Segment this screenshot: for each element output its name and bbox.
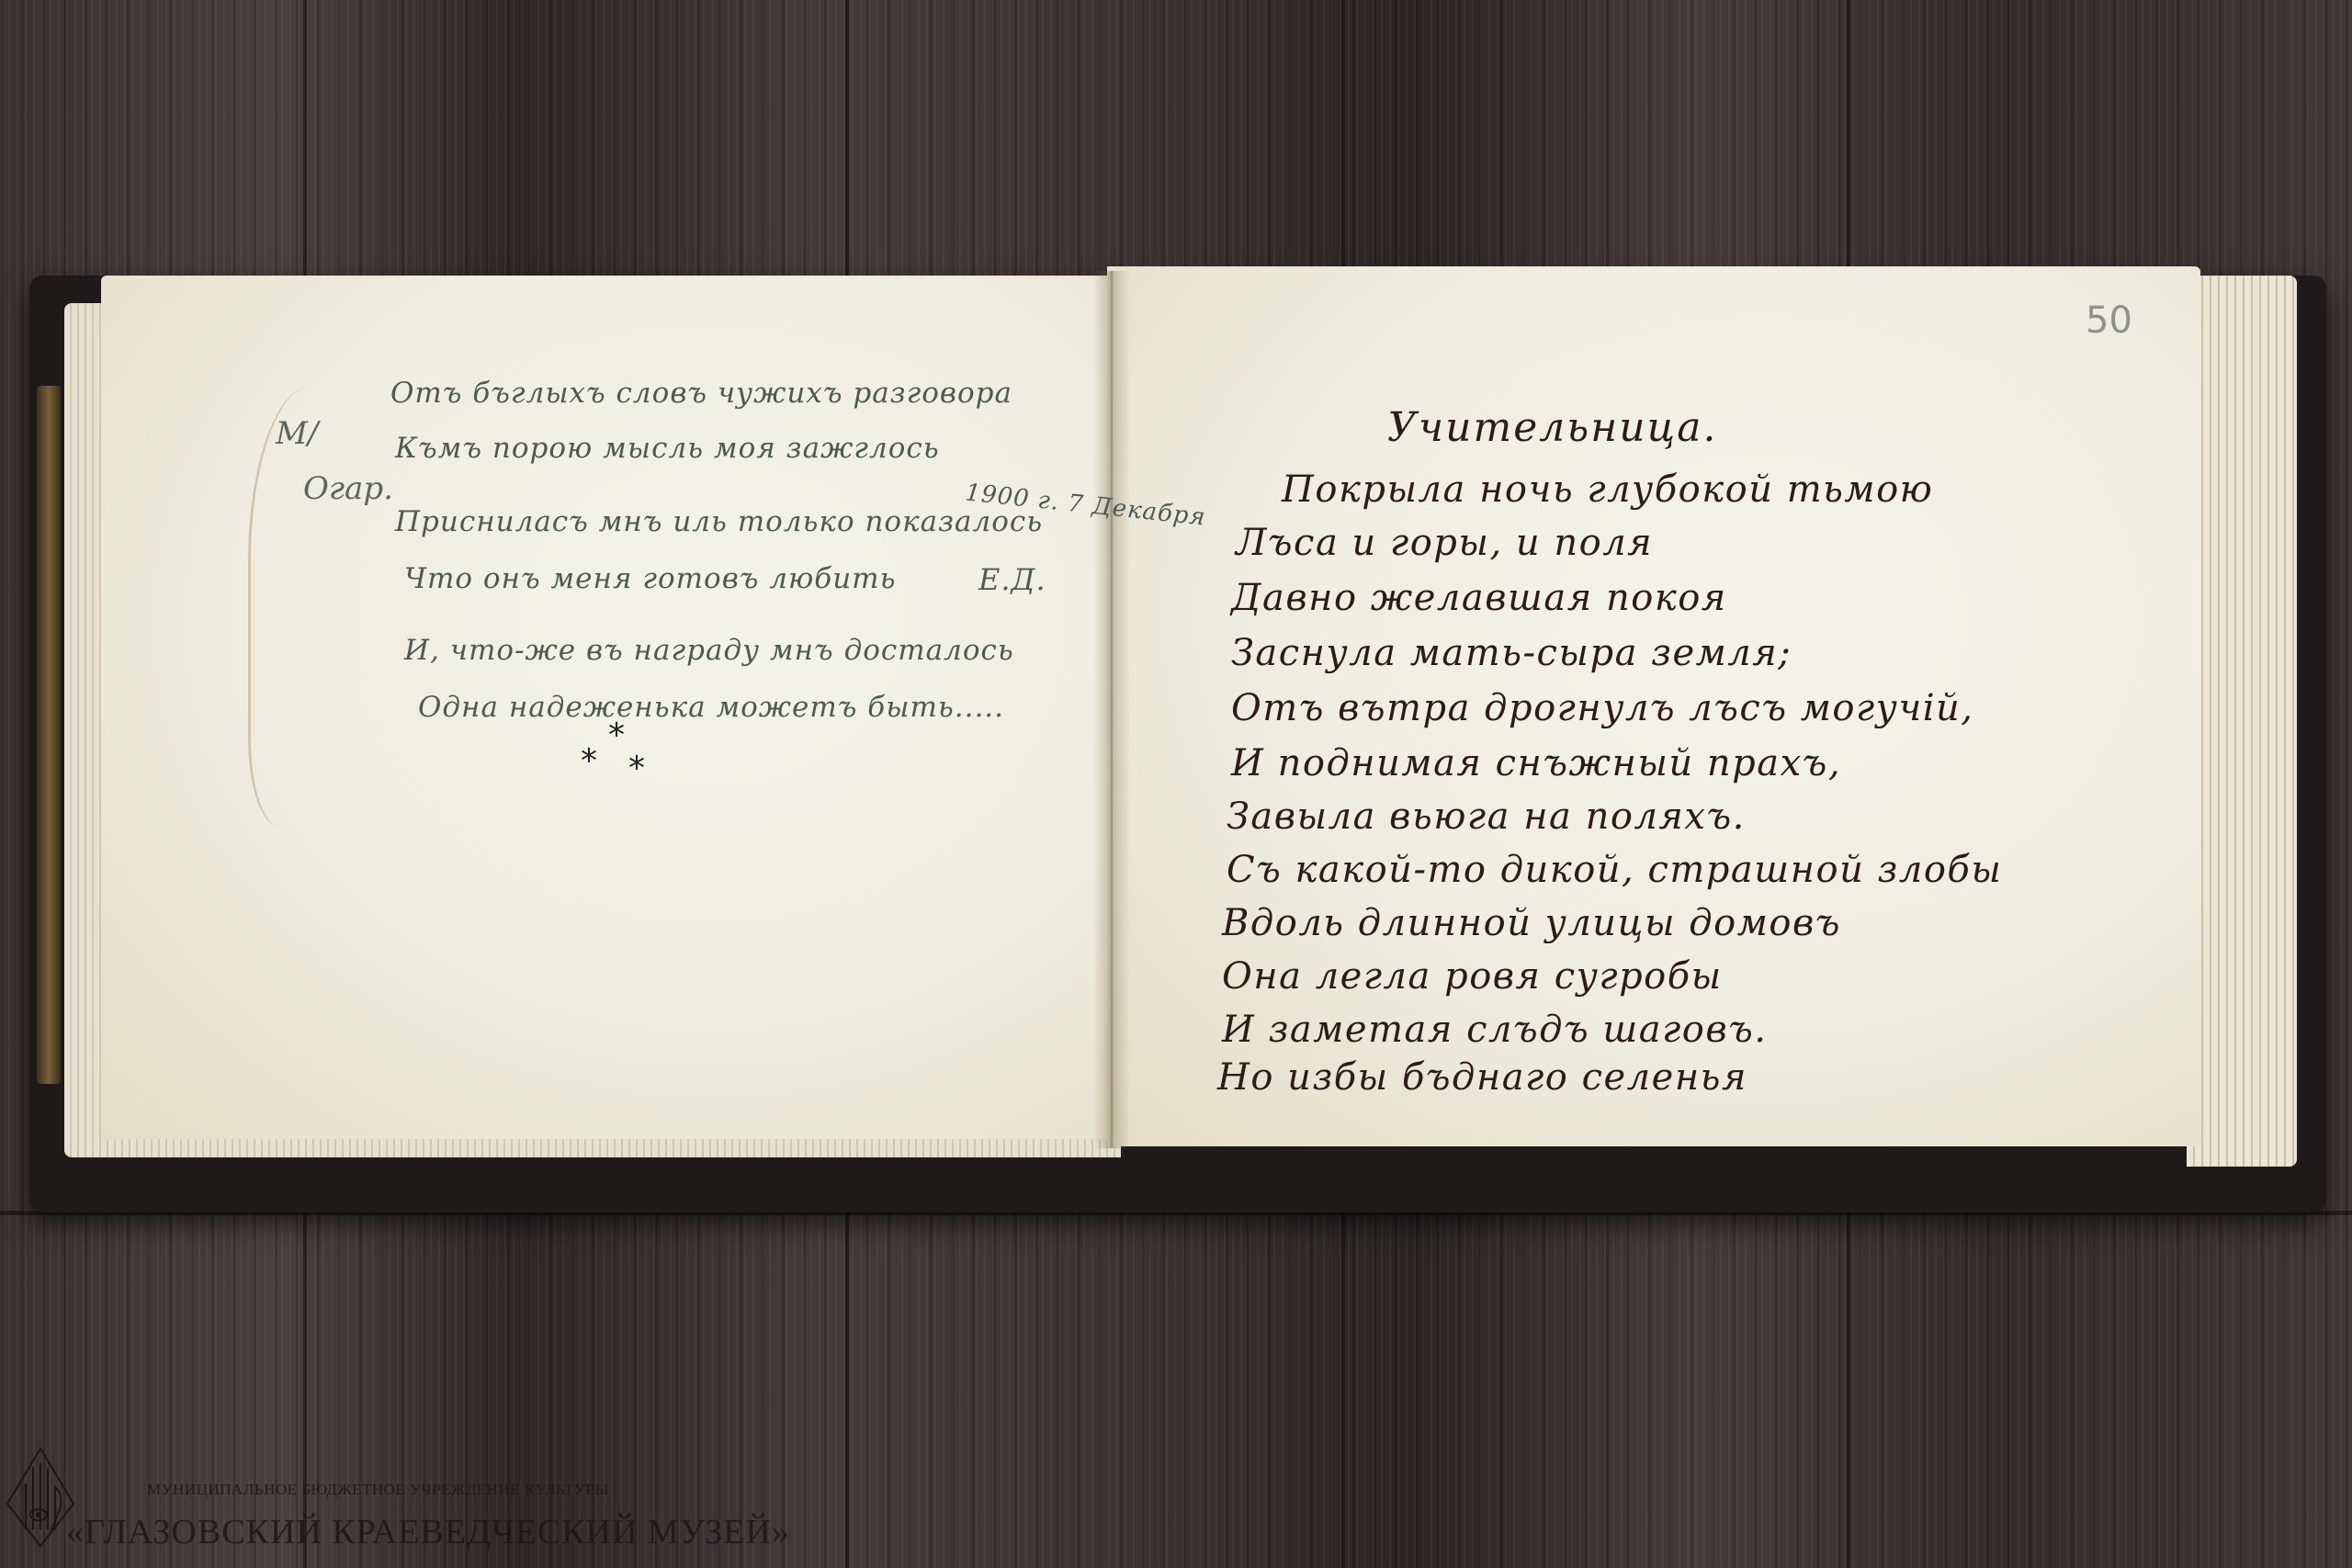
right-poem-line: Но избы бъднаго селенья bbox=[1217, 1056, 1747, 1099]
book-gutter bbox=[1093, 271, 1130, 1148]
page-tear-mark bbox=[248, 386, 407, 827]
page-stack-right bbox=[2187, 276, 2297, 1167]
left-poem-line: Присниласъ мнъ иль только показалось bbox=[395, 505, 1043, 538]
right-poem-line: И поднимая снъжный прахъ, bbox=[1231, 742, 1841, 784]
right-poem-line: Покрыла ночь глубокой тьмою bbox=[1282, 468, 1933, 511]
left-poem-line: И, что-же въ награду мнъ досталось bbox=[404, 634, 1014, 667]
left-poem-line: Къмъ порою мысль моя зажглось bbox=[395, 432, 940, 465]
ornament-asterisk: * bbox=[581, 742, 597, 780]
left-poem-line: Одна надеженька можетъ быть..... bbox=[418, 691, 1004, 724]
ornament-asterisk: * bbox=[628, 750, 645, 787]
right-poem-line: Она легла ровя сугробы bbox=[1222, 955, 1723, 998]
watermark-institution: МУНИЦИПАЛЬНОЕ БЮДЖЕТНОЕ УЧРЕЖДЕНИЕ КУЛЬТ… bbox=[147, 1481, 609, 1499]
margin-mark: М/ bbox=[276, 415, 318, 452]
hand-with-eye-icon bbox=[6, 1447, 75, 1548]
left-poem-line: Что онъ меня готовъ любить bbox=[404, 562, 896, 595]
watermark-museum-name: «ГЛАЗОВСКИЙ КРАЕВЕДЧЕСКИЙ МУЗЕЙ» bbox=[66, 1512, 790, 1552]
right-poem-line: Заснула мать-сыра земля; bbox=[1231, 632, 1792, 674]
left-poem-line: Отъ бъглыхъ словъ чужихъ разговора bbox=[390, 377, 1012, 410]
right-poem-line: Лъса и горы, и поля bbox=[1236, 522, 1653, 564]
page-number: 50 bbox=[2086, 299, 2132, 342]
album-spine-edge bbox=[37, 386, 61, 1084]
margin-note: Огар. bbox=[303, 470, 393, 507]
right-poem-line: Вдоль длинной улицы домовъ bbox=[1222, 902, 1841, 944]
right-poem-line: Съ какой-то дикой, страшной злобы bbox=[1227, 849, 2002, 891]
right-poem-line: И заметая слъдъ шаговъ. bbox=[1222, 1009, 1768, 1051]
poem-title: Учительница. bbox=[1387, 404, 1717, 451]
ornament-asterisk: * bbox=[608, 716, 625, 754]
right-poem-line: Завыла вьюга на поляхъ. bbox=[1227, 795, 1746, 838]
right-poem-line: Отъ вътра дрогнулъ лъсъ могучій, bbox=[1231, 687, 1974, 729]
signature-initials: Е.Д. bbox=[978, 562, 1046, 597]
right-poem-line: Давно желавшая покоя bbox=[1231, 577, 1727, 619]
